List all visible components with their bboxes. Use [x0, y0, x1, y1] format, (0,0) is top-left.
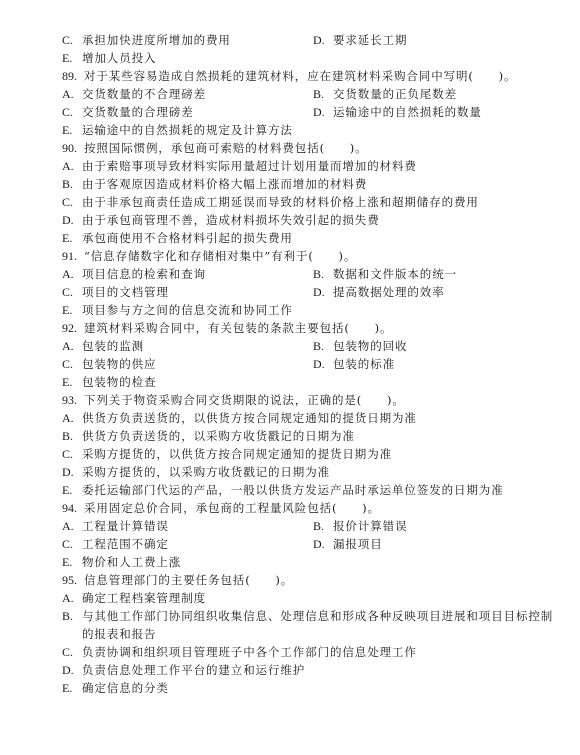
option-label: A. [62, 157, 82, 175]
option: C. 采购方提货的，以供货方按合同规定通知的提货日期为准 [0, 445, 580, 463]
option-label: C. [62, 355, 82, 373]
option-label: C. [62, 445, 82, 463]
option-label: A. [62, 517, 82, 535]
option-text: 项目信息的检索和查询 [82, 265, 206, 283]
option-text: 工程范围不确定 [82, 535, 169, 553]
option-text: 由于客观原因造成材料价格大幅上涨而增加的材料费 [82, 175, 367, 193]
option-label: C. [62, 283, 82, 301]
question-92: 92. 建筑材料采购合同中，有关包装的条款主要包括( )。 [0, 319, 580, 337]
question-89: 89. 对于某些容易造成自然损耗的建筑材料，应在建筑材料采购合同中写明( )。 [0, 67, 580, 85]
option-pair: A. 项目信息的检索和查询 B. 数据和文件版本的统一 [0, 265, 580, 283]
option: A. 供货方负责送货的，以供货方按合同规定通知的提货日期为准 [0, 409, 580, 427]
option-label: A. [62, 589, 82, 607]
option: E. 项目参与方之间的信息交流和协同工作 [0, 301, 580, 319]
option-text: 委托运输部门代运的产品，一般以供货方发运产品时承运单位签发的日期为准 [82, 481, 504, 499]
option-label: B. [313, 85, 333, 103]
option-text: 包装物的回收 [333, 337, 407, 355]
exam-page: C. 承担加快进度所增加的费用 D. 要求延长工期 E. 增加人员投入 89. … [0, 31, 580, 697]
option-text: 负责协调和组织项目管理班子中各个工作部门的信息处理工作 [82, 643, 417, 661]
option-text: 运输途中的自然损耗的规定及计算方法 [82, 121, 293, 139]
option: A. 由于索赔事项导致材料实际用量超过计划用量而增加的材料费 [0, 157, 580, 175]
option-text: 运输途中的自然损耗的数量 [333, 103, 482, 121]
question-number: 91. [62, 247, 77, 265]
option-text: 项目参与方之间的信息交流和协同工作 [82, 301, 293, 319]
option-text: 由于非承包商责任造成工期延误而导致的材料价格上涨和超期储存的费用 [82, 193, 479, 211]
option: B. 供货方负责送货的，以采购方收货戳记的日期为准 [0, 427, 580, 445]
option-text: 由于承包商管理不善，造成材料损坏失效引起的损失费 [82, 211, 380, 229]
option-pair: A. 包装的监测 B. 包装物的回收 [0, 337, 580, 355]
option-label: B. [62, 427, 82, 445]
option-text: 工程量计算错误 [82, 517, 169, 535]
option-label: D. [62, 211, 82, 229]
question-text: 按照国际惯例，承包商可索赔的材料费包括( )。 [84, 139, 368, 157]
question-text: 建筑材料采购合同中，有关包装的条款主要包括( )。 [84, 319, 392, 337]
option-text: 包装物的检查 [82, 373, 156, 391]
option-label: C. [62, 643, 82, 661]
option-text: 与其他工作部门协同组织收集信息、处理信息和形成各种反映项目进展和项目目标控制 [82, 607, 553, 625]
option-text: 提高数据处理的效率 [333, 283, 445, 301]
option-label: E. [62, 481, 82, 499]
question-95: 95. 信息管理部门的主要任务包括( )。 [0, 571, 580, 589]
option-label: C. [62, 31, 82, 49]
option-text: 交货数量的合理磅差 [82, 103, 194, 121]
option-text: 采购方提货的，以采购方收货戳记的日期为准 [82, 463, 330, 481]
option-label: D. [62, 463, 82, 481]
option: C. 负责协调和组织项目管理班子中各个工作部门的信息处理工作 [0, 643, 580, 661]
option-text: 增加人员投入 [82, 49, 156, 67]
option-text: 由于索赔事项导致材料实际用量超过计划用量而增加的材料费 [82, 157, 417, 175]
option-label: D. [62, 661, 82, 679]
option: E. 确定信息的分类 [0, 679, 580, 697]
question-text: 下列关于物资采购合同交货期限的说法，正确的是( )。 [84, 391, 405, 409]
option: E. 包装物的检查 [0, 373, 580, 391]
option-text: 项目的文档管理 [82, 283, 169, 301]
option-label: E. [62, 553, 82, 571]
option-pair: A. 工程量计算错误 B. 报价计算错误 [0, 517, 580, 535]
question-text: 信息管理部门的主要任务包括( )。 [84, 571, 293, 589]
option-text: 数据和文件版本的统一 [333, 265, 457, 283]
option: D. 由于承包商管理不善，造成材料损坏失效引起的损失费 [0, 211, 580, 229]
option-label: B. [62, 607, 82, 625]
option: A. 确定工程档案管理制度 [0, 589, 580, 607]
question-number: 92. [62, 319, 77, 337]
option-label: A. [62, 85, 82, 103]
option-text: 包装物的供应 [82, 355, 156, 373]
question-text: 对于某些容易造成自然损耗的建筑材料，应在建筑材料采购合同中写明( )。 [84, 67, 516, 85]
option-label: B. [313, 265, 333, 283]
question-number: 89. [62, 67, 77, 85]
question-94: 94. 采用固定总价合同，承包商的工程量风险包括( )。 [0, 499, 580, 517]
option-pair: C. 工程范围不确定 D. 漏报项目 [0, 535, 580, 553]
option-pair: A. 交货数量的不合理磅差 B. 交货数量的正负尾数差 [0, 85, 580, 103]
option-text: 采购方提货的，以供货方按合同规定通知的提货日期为准 [82, 445, 392, 463]
option-text: 漏报项目 [333, 535, 383, 553]
option-text: 交货数量的正负尾数差 [333, 85, 457, 103]
option-label: E. [62, 229, 82, 247]
question-text: “信息存储数字化和存储相对集中”有利于( )。 [84, 247, 356, 265]
option-text: 包装的标准 [333, 355, 395, 373]
option-text: 供货方负责送货的，以供货方按合同规定通知的提货日期为准 [82, 409, 417, 427]
option-label: E. [62, 679, 82, 697]
option-label: C. [62, 193, 82, 211]
option: D. 采购方提货的，以采购方收货戳记的日期为准 [0, 463, 580, 481]
option: E. 物价和人工费上涨 [0, 553, 580, 571]
option-pair: C. 交货数量的合理磅差 D. 运输途中的自然损耗的数量 [0, 103, 580, 121]
option-label: B. [313, 337, 333, 355]
option-label: D. [313, 31, 333, 49]
option: E. 运输途中的自然损耗的规定及计算方法 [0, 121, 580, 139]
option-text: 确定工程档案管理制度 [82, 589, 206, 607]
option-text: 供货方负责送货的，以采购方收货戳记的日期为准 [82, 427, 355, 445]
option: B. 由于客观原因造成材料价格大幅上涨而增加的材料费 [0, 175, 580, 193]
option-pair: C. 承担加快进度所增加的费用 D. 要求延长工期 [0, 31, 580, 49]
option-text: 包装的监测 [82, 337, 144, 355]
option: E. 承包商使用不合格材料引起的损失费用 [0, 229, 580, 247]
option-text: 承包商使用不合格材料引起的损失费用 [82, 229, 293, 247]
question-91: 91. “信息存储数字化和存储相对集中”有利于( )。 [0, 247, 580, 265]
question-90: 90. 按照国际惯例，承包商可索赔的材料费包括( )。 [0, 139, 580, 157]
question-number: 90. [62, 139, 77, 157]
question-number: 95. [62, 571, 77, 589]
option: B. 与其他工作部门协同组织收集信息、处理信息和形成各种反映项目进展和项目目标控… [0, 607, 580, 625]
option-label: E. [62, 121, 82, 139]
option-label: E. [62, 301, 82, 319]
option-text: 报价计算错误 [333, 517, 407, 535]
option-label: E. [62, 49, 82, 67]
option-label: A. [62, 265, 82, 283]
option: E. 增加人员投入 [0, 49, 580, 67]
option-continuation: 的报表和报告 [0, 625, 580, 643]
option-label: D. [313, 355, 333, 373]
option-text: 确定信息的分类 [82, 679, 169, 697]
option-label: A. [62, 409, 82, 427]
option-label: D. [313, 283, 333, 301]
option-pair: C. 包装物的供应 D. 包装的标准 [0, 355, 580, 373]
option-label: A. [62, 337, 82, 355]
question-number: 93. [62, 391, 77, 409]
option-label: B. [62, 175, 82, 193]
option-label: E. [62, 373, 82, 391]
option-label: D. [313, 103, 333, 121]
option-label: B. [313, 517, 333, 535]
question-text: 采用固定总价合同，承包商的工程量风险包括( )。 [84, 499, 380, 517]
option-text: 交货数量的不合理磅差 [82, 85, 206, 103]
option-text: 承担加快进度所增加的费用 [82, 31, 231, 49]
option: E. 委托运输部门代运的产品，一般以供货方发运产品时承运单位签发的日期为准 [0, 481, 580, 499]
option-pair: C. 项目的文档管理 D. 提高数据处理的效率 [0, 283, 580, 301]
option-text: 要求延长工期 [333, 31, 407, 49]
question-number: 94. [62, 499, 77, 517]
option-label: D. [313, 535, 333, 553]
option: C. 由于非承包商责任造成工期延误而导致的材料价格上涨和超期储存的费用 [0, 193, 580, 211]
option-text: 物价和人工费上涨 [82, 553, 181, 571]
question-93: 93. 下列关于物资采购合同交货期限的说法，正确的是( )。 [0, 391, 580, 409]
option-text: 的报表和报告 [82, 625, 156, 643]
option-text: 负责信息处理工作平台的建立和运行维护 [82, 661, 305, 679]
option-label: C. [62, 103, 82, 121]
option: D. 负责信息处理工作平台的建立和运行维护 [0, 661, 580, 679]
option-label: C. [62, 535, 82, 553]
